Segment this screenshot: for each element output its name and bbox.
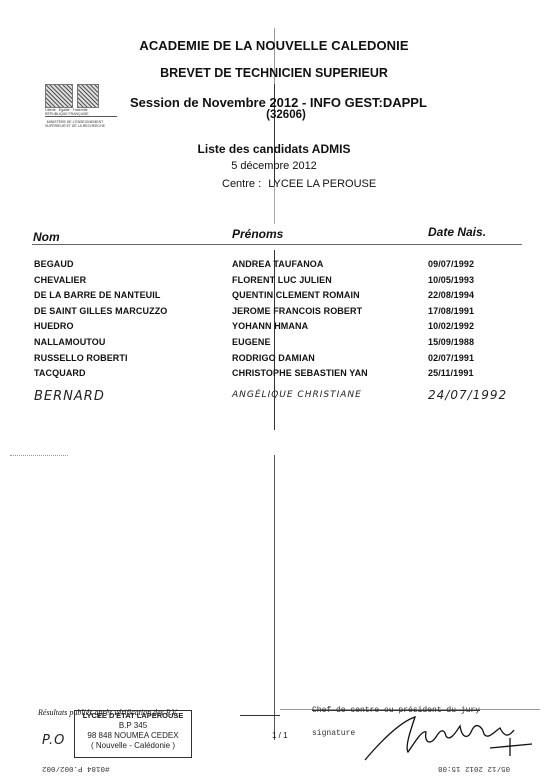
handwritten-prenoms: ANGÉLIQUE CHRISTIANE <box>232 390 362 400</box>
marianne-logo-icon <box>77 84 99 108</box>
column-header-prenoms: Prénoms <box>232 227 283 241</box>
cell-prenoms: JEROME FRANCOIS ROBERT <box>232 306 362 316</box>
dotted-line <box>10 455 68 456</box>
diploma-title: BREVET DE TECHNICIEN SUPERIEUR <box>0 66 548 80</box>
cell-date: 10/05/1993 <box>428 275 474 285</box>
list-title: Liste des candidats ADMIS <box>0 142 548 156</box>
cell-nom: NALLAMOUTOU <box>34 337 105 347</box>
cell-date: 02/07/1991 <box>428 353 474 363</box>
fold-line <box>274 455 275 740</box>
fax-left-text: #0184 P.002/002 <box>42 764 110 772</box>
cell-date: 17/08/1991 <box>428 306 474 316</box>
handwritten-signature-icon <box>360 712 540 764</box>
cell-nom: RUSSELLO ROBERTI <box>34 353 128 363</box>
cell-prenoms: YOHANN HMANA <box>232 321 308 331</box>
handwritten-nom: BERNARD <box>34 389 105 404</box>
academy-title: ACADEMIE DE LA NOUVELLE CALEDONIE <box>0 38 548 53</box>
session-title: Session de Novembre 2012 - INFO GEST:DAP… <box>130 95 427 110</box>
page-number: 1 / 1 <box>272 731 288 740</box>
column-header-nom: Nom <box>33 230 60 244</box>
centre-line: Centre : LYCEE LA PEROUSE <box>222 178 376 190</box>
list-date: 5 décembre 2012 <box>0 160 548 172</box>
cell-date: 15/09/1988 <box>428 337 474 347</box>
column-header-date: Date Nais. <box>428 225 486 239</box>
handwritten-date: 24/07/1992 <box>428 388 507 402</box>
cell-prenoms: EUGENE <box>232 337 271 347</box>
fax-header-right: 05/12 2012 15:08 <box>438 764 510 772</box>
cell-date: 09/07/1992 <box>428 259 474 269</box>
cell-nom: BEGAUD <box>34 259 74 269</box>
fold-line <box>274 186 275 224</box>
cell-prenoms: FLORENT LUC JULIEN <box>232 275 332 285</box>
stamp-line-2: B.P 345 <box>75 721 191 731</box>
cell-prenoms: RODRIGO DAMIAN <box>232 353 315 363</box>
po-initials: P.O <box>42 733 65 748</box>
stamp-line-3: 98 848 NOUMEA CEDEX <box>75 731 191 741</box>
session-code: (32606) <box>0 109 548 121</box>
fax-right-text: 05/12 2012 15:08 <box>438 764 510 772</box>
cell-date: 22/08/1994 <box>428 290 474 300</box>
cell-nom: HUEDRO <box>34 321 74 331</box>
cell-nom: CHEVALIER <box>34 275 86 285</box>
cell-date: 25/11/1991 <box>428 368 474 378</box>
cell-nom: TACQUARD <box>34 368 86 378</box>
centre-label: Centre : <box>222 178 261 190</box>
logo-ministry: MINISTÈRE DE L'ENSEIGNEMENT SUPÉRIEUR ET… <box>45 120 105 128</box>
header-rule <box>32 244 522 245</box>
centre-name: LYCEE LA PEROUSE <box>268 178 376 190</box>
fax-header-left: #0184 P.002/002 <box>42 764 110 772</box>
stamp-line-1: LYCEE D'ETAT LAPEROUSE <box>75 711 191 721</box>
cell-prenoms: QUENTIN CLEMENT ROMAIN <box>232 290 360 300</box>
cell-nom: DE SAINT GILLES MARCUZZO <box>34 306 167 316</box>
school-stamp: LYCEE D'ETAT LAPEROUSE B.P 345 98 848 NO… <box>74 710 192 758</box>
cell-prenoms: CHRISTOPHE SEBASTIEN YAN <box>232 368 368 378</box>
footer-rule-left <box>240 715 280 716</box>
cell-nom: DE LA BARRE DE NANTEUIL <box>34 290 160 300</box>
signature-label: signature <box>312 729 355 738</box>
stamp-line-4: ( Nouvelle - Calédonie ) <box>75 741 191 751</box>
cell-date: 10/02/1992 <box>428 321 474 331</box>
marianne-logo-icon <box>45 84 73 108</box>
cell-prenoms: ANDREA TAUFANOA <box>232 259 324 269</box>
republic-logo: Liberté · Égalité · Fraternité RÉPUBLIQU… <box>45 84 117 128</box>
